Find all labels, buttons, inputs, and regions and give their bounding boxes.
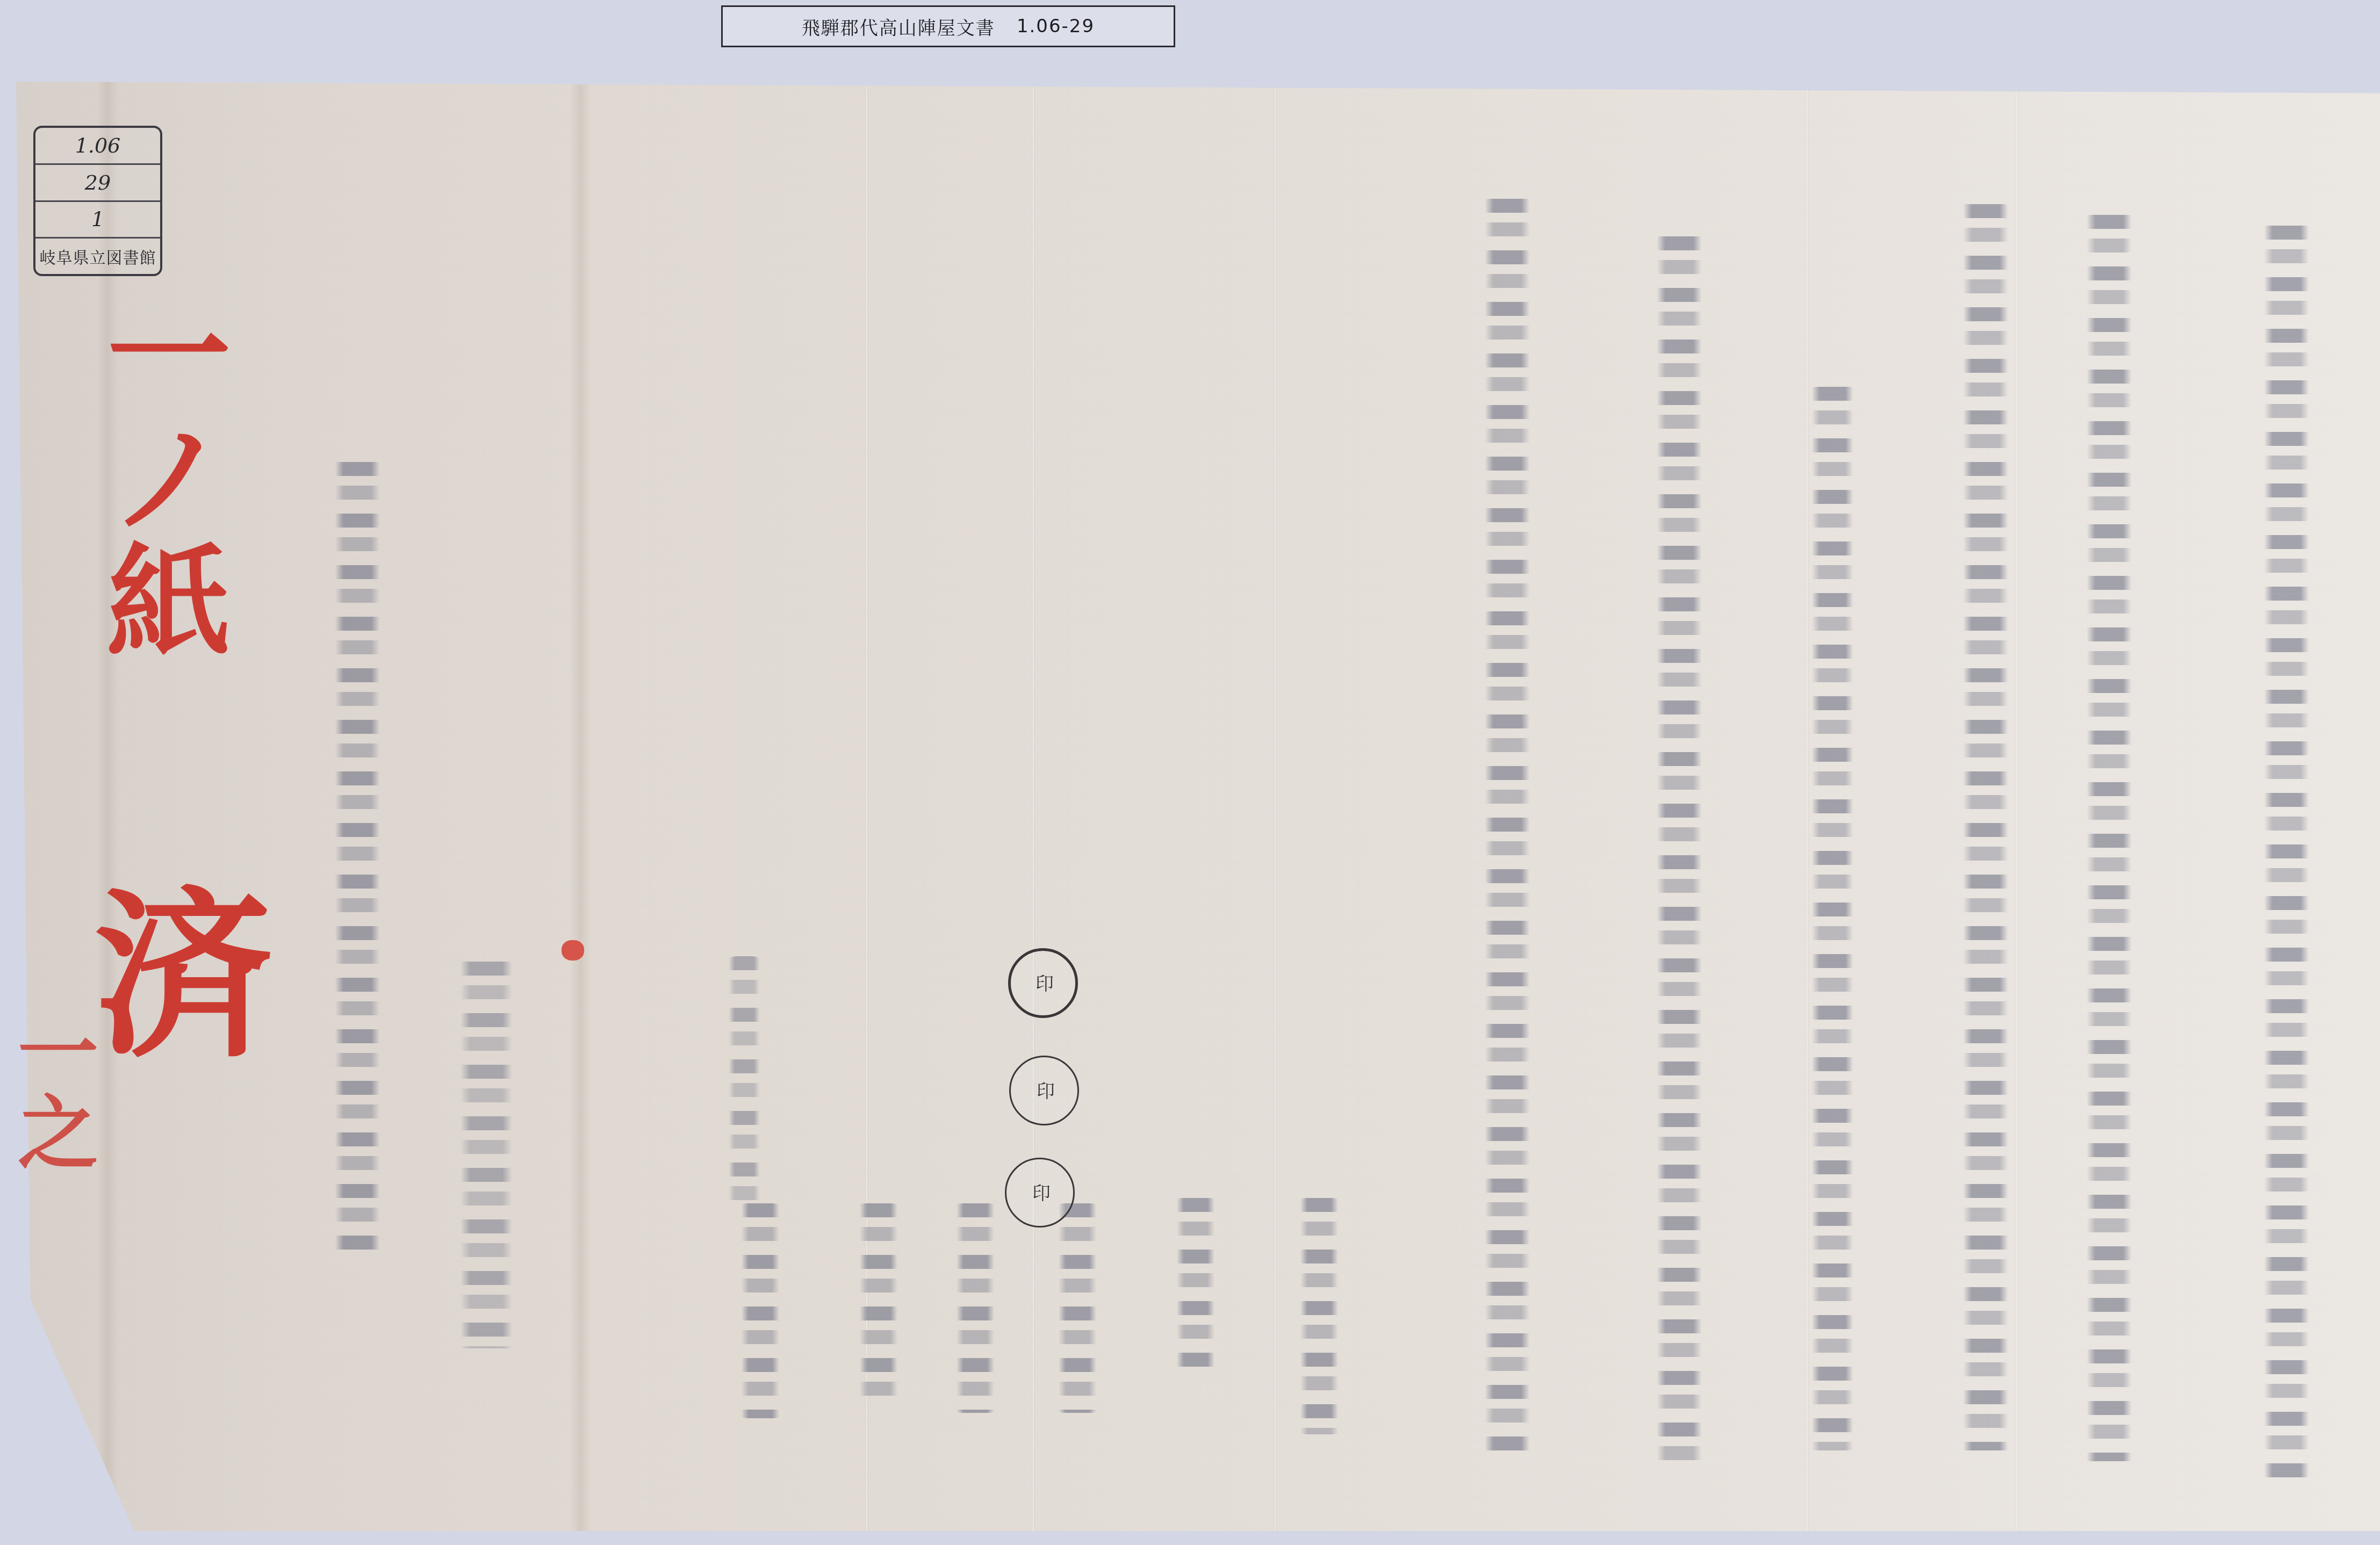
fold-line [1274, 82, 1277, 1531]
cursive-text [2074, 215, 2144, 1461]
cursive-signature [1166, 1198, 1225, 1370]
seal-glyph: 印 [1027, 1183, 1053, 1202]
signature-column-2 [1166, 1198, 1225, 1370]
archive-label: 飛騨郡代高山陣屋文書 1.06-29 [721, 5, 1175, 47]
stamp-row-number: 29 [35, 165, 160, 202]
cursive-text [322, 462, 392, 1252]
cursive-signature [946, 1203, 1005, 1413]
archive-title: 飛騨郡代高山陣屋文書 [802, 13, 995, 40]
signature-column-5 [849, 1203, 908, 1402]
fold-line [1032, 82, 1035, 1531]
cursive-text [1800, 387, 1865, 1450]
seal-glyph: 印 [1030, 974, 1056, 992]
signature-column-3 [1048, 1203, 1107, 1413]
cursive-text [1472, 199, 1542, 1456]
stamp-row-item: 1 [35, 202, 160, 239]
body-column-6 [1472, 199, 1542, 1456]
body-column-1 [2252, 226, 2321, 1477]
red-annotation-sub: 一之 [11, 1010, 91, 1171]
cursive-signature [731, 1203, 790, 1418]
cursive-signature [1290, 1198, 1349, 1434]
signature-column-1 [1290, 1198, 1349, 1434]
stamp-institution: 岐阜県立図書館 [35, 239, 160, 274]
red-annotation-approved: 済 [81, 881, 258, 1058]
cursive-text [2252, 226, 2321, 1477]
body-column-4 [1800, 387, 1865, 1450]
date-column [720, 956, 768, 1203]
body-column-2 [2074, 215, 2144, 1461]
body-column-5 [1644, 236, 1714, 1461]
red-annotation-top: 一ノ紙 [97, 290, 220, 661]
library-catalog-stamp: 1.06 29 1 岐阜県立図書館 [33, 126, 162, 276]
cursive-date [720, 956, 768, 1203]
address-column [322, 462, 392, 1252]
signature-column-6 [731, 1203, 790, 1418]
body-column-3 [1951, 204, 2021, 1450]
cursive-signature [1048, 1203, 1107, 1413]
cursive-text [1644, 236, 1714, 1461]
seal-stamp-2: 印 [1009, 1056, 1079, 1125]
seal-stamp-1: 印 [1008, 948, 1078, 1018]
small-note-column [446, 962, 527, 1348]
seal-glyph: 印 [1031, 1081, 1058, 1100]
fold-line [570, 82, 591, 1531]
cursive-annotation [446, 962, 527, 1348]
cursive-text [1951, 204, 2021, 1450]
cursive-signature [849, 1203, 908, 1402]
archive-catalog-number: 1.06-29 [1017, 16, 1095, 37]
stamp-row-class: 1.06 [35, 128, 160, 165]
signature-column-4 [946, 1203, 1005, 1413]
seal-stamp-3: 印 [1005, 1158, 1075, 1228]
red-ink-dot [562, 940, 584, 961]
